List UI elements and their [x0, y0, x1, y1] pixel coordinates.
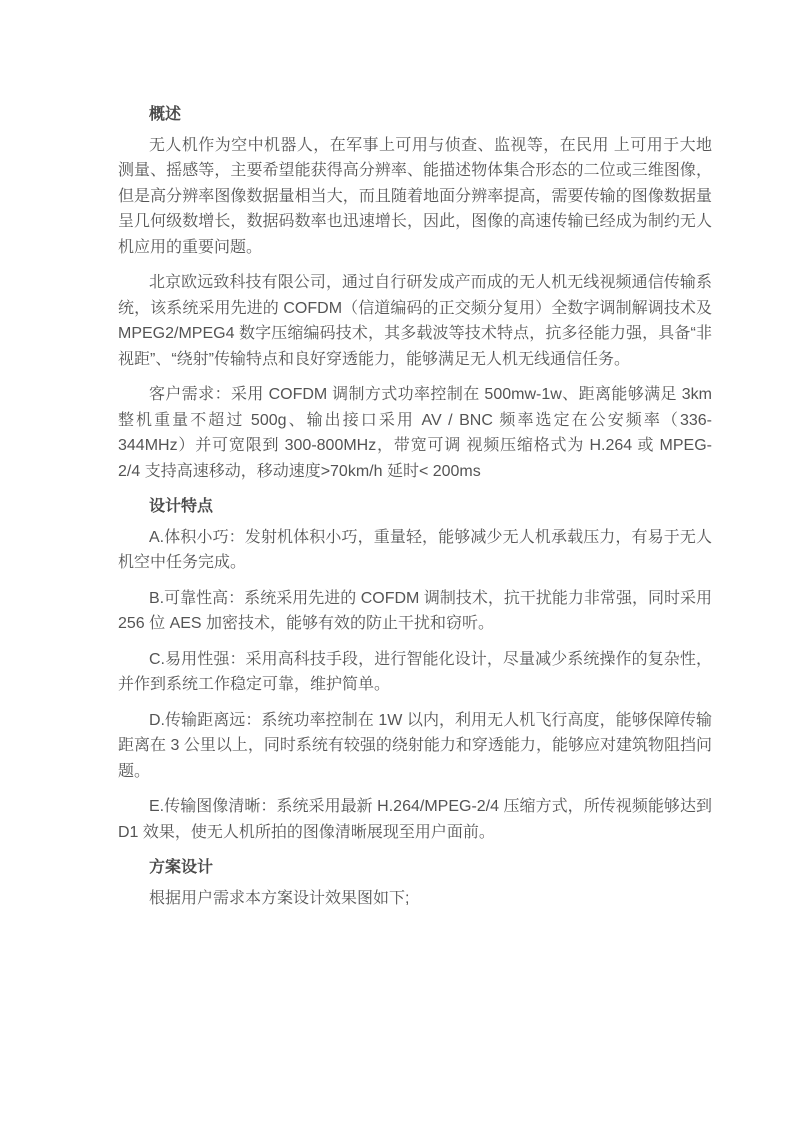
heading-overview: 概述: [118, 102, 712, 128]
document-page: 概述 无人机作为空中机器人，在军事上可用与侦查、监视等，在民用 上可用于大地测量…: [0, 0, 793, 1122]
section-solution-design: 方案设计 根据用户需求本方案设计效果图如下;: [118, 855, 712, 911]
paragraph-feature-b-reliability: B.可靠性高：系统采用先进的 COFDM 调制技术，抗干扰能力非常强，同时采用 …: [118, 586, 712, 637]
heading-solution-design: 方案设计: [118, 855, 712, 881]
section-design-features: 设计特点 A.体积小巧：发射机体积小巧，重量轻，能够减少无人机承载压力，有易于无…: [118, 494, 712, 845]
paragraph-uav-intro: 无人机作为空中机器人，在军事上可用与侦查、监视等，在民用 上可用于大地测量、摇感…: [118, 133, 712, 261]
paragraph-feature-d-transmission-distance: D.传输距离远：系统功率控制在 1W 以内，利用无人机飞行高度，能够保障传输距离…: [118, 708, 712, 785]
section-overview: 概述 无人机作为空中机器人，在军事上可用与侦查、监视等，在民用 上可用于大地测量…: [118, 102, 712, 484]
paragraph-company-system: 北京欧远致科技有限公司，通过自行研发成产而成的无人机无线视频通信传输系统，该系统…: [118, 270, 712, 372]
heading-design-features: 设计特点: [118, 494, 712, 520]
paragraph-feature-c-usability: C.易用性强：采用高科技手段，进行智能化设计，尽量减少系统操作的复杂性，并作到系…: [118, 647, 712, 698]
paragraph-solution-design-intro: 根据用户需求本方案设计效果图如下;: [118, 886, 712, 912]
document-body: 概述 无人机作为空中机器人，在军事上可用与侦查、监视等，在民用 上可用于大地测量…: [118, 102, 712, 911]
paragraph-customer-requirements: 客户需求：采用 COFDM 调制方式功率控制在 500mw-1w、距离能够满足 …: [118, 382, 712, 484]
paragraph-feature-e-image-clarity: E.传输图像清晰：系统采用最新 H.264/MPEG-2/4 压缩方式，所传视频…: [118, 794, 712, 845]
paragraph-feature-a-compact-size: A.体积小巧：发射机体积小巧，重量轻，能够减少无人机承载压力，有易于无人机空中任…: [118, 525, 712, 576]
